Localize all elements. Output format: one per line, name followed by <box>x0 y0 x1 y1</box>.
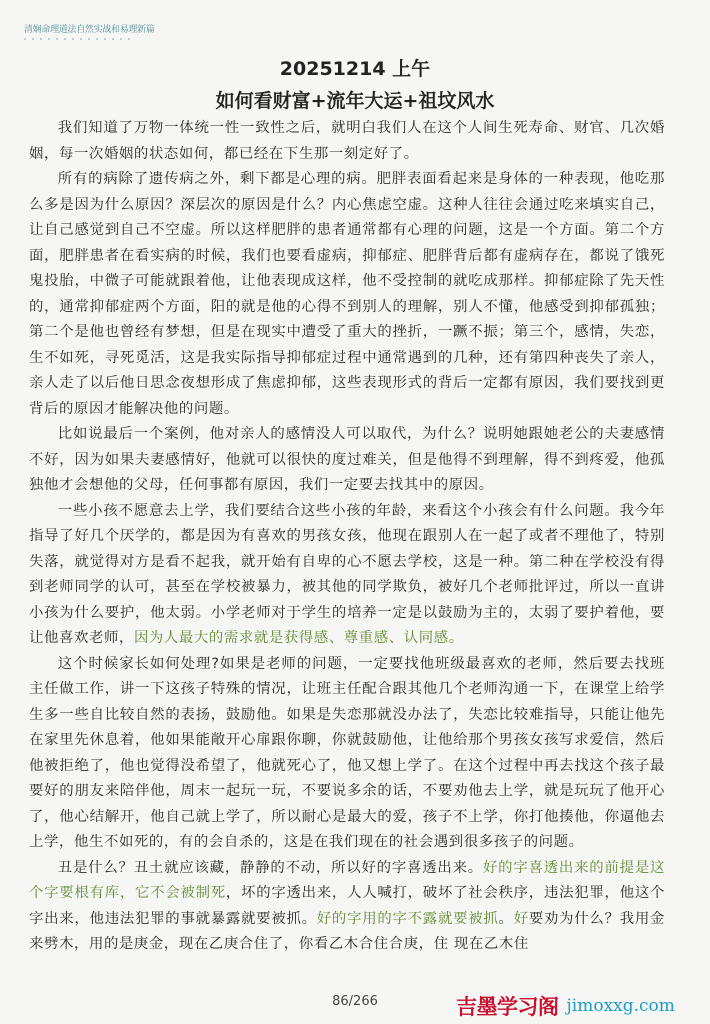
paragraph: 比如说最后一个案例，他对亲人的感情没人可以取代，为什么？说明她跟她老公的夫妻感情… <box>29 422 665 499</box>
paragraph: 我们知道了万物一体统一性一致性之后，就明白我们人在这个人间生死寿命、财官、几次婚… <box>29 116 665 167</box>
logo-text: 清娴命理道法自然实战和易理新篇 <box>24 22 154 35</box>
text-segment: 一些小孩不愿意去上学，我们要结合这些小孩的年龄，来看这个小孩会有什么问题。我今年… <box>29 503 665 647</box>
text-segment: 我们知道了万物一体统一性一致性之后，就明白我们人在这个人间生死寿命、财官、几次婚… <box>29 120 665 162</box>
paragraph: 丑是什么？丑土就应该藏，静静的不动，所以好的字喜透出来。好的字喜透出来的前提是这… <box>29 856 665 958</box>
text-segment: 丑是什么？丑土就应该藏，静静的不动，所以好的字喜透出来。 <box>58 860 483 876</box>
highlighted-text: 好 <box>514 911 529 927</box>
text-segment: 这个时候家长如何处理?如果是老师的问题，一定要找他班级最喜欢的老师，然后要去找班… <box>29 656 665 851</box>
paragraph: 所有的病除了遗传病之外，剩下都是心理的病。肥胖表面看起来是身体的一种表现，他吃那… <box>29 167 665 422</box>
watermark-cn: 吉墨学习阁 <box>456 991 559 1021</box>
watermark: 吉墨学习阁 jimoxxg.com <box>456 992 710 1020</box>
document-page: 清娴命理道法自然实战和易理新篇 20251214 上午 如何看财富+流年大运+祖… <box>0 0 710 1024</box>
highlighted-text: 因为人最大的需求就是获得感、尊重感、认同感。 <box>134 630 464 646</box>
header-logo: 清娴命理道法自然实战和易理新篇 <box>24 22 154 52</box>
highlighted-text: 好的字用的字不露就要被抓 <box>317 911 499 927</box>
paragraph: 一些小孩不愿意去上学，我们要结合这些小孩的年龄，来看这个小孩会有什么问题。我今年… <box>29 499 665 652</box>
document-date: 20251214 上午 <box>0 54 710 81</box>
paragraph: 这个时候家长如何处理?如果是老师的问题，一定要找他班级最喜欢的老师，然后要去找班… <box>29 652 665 856</box>
text-segment: 比如说最后一个案例，他对亲人的感情没人可以取代，为什么？说明她跟她老公的夫妻感情… <box>29 426 665 493</box>
logo-divider <box>24 38 134 40</box>
text-segment: 所有的病除了遗传病之外，剩下都是心理的病。肥胖表面看起来是身体的一种表现，他吃那… <box>29 171 665 417</box>
document-title: 如何看财富+流年大运+祖坟风水 <box>0 86 710 113</box>
text-segment: 。 <box>499 911 514 927</box>
watermark-en: jimoxxg.com <box>567 996 675 1016</box>
document-body: 我们知道了万物一体统一性一致性之后，就明白我们人在这个人间生死寿命、财官、几次婚… <box>29 116 665 958</box>
